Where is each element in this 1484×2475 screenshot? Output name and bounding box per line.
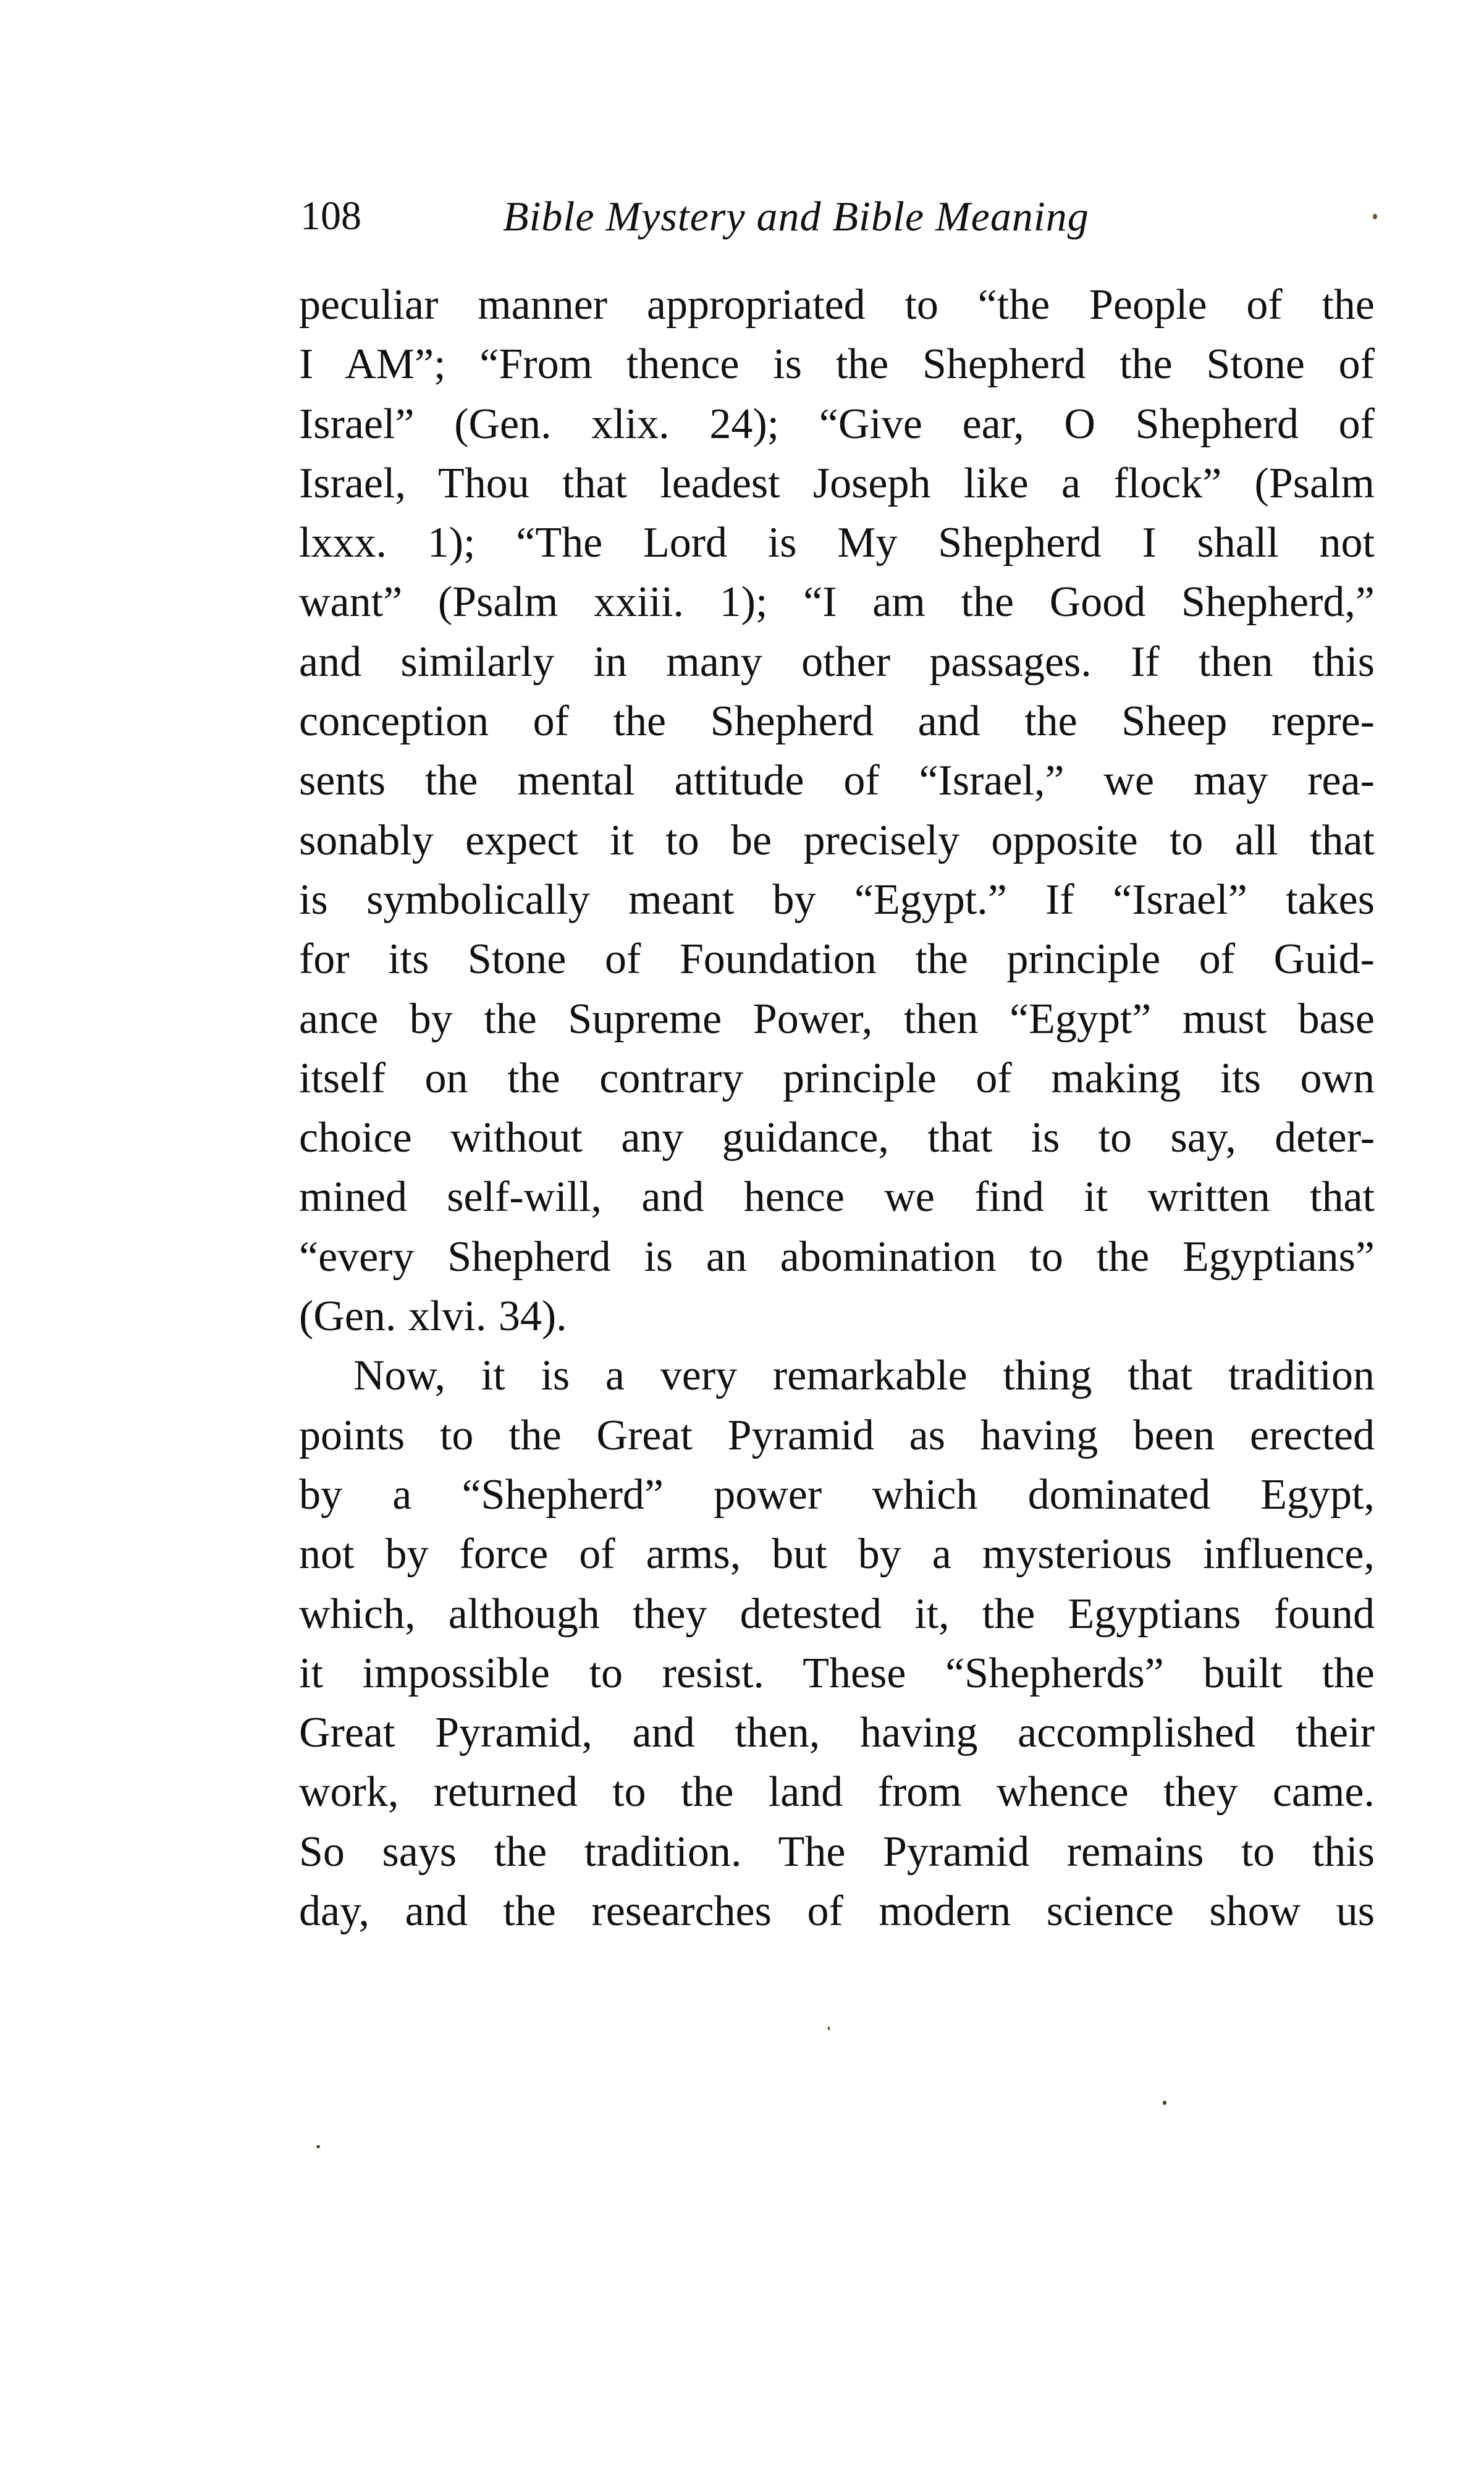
text-line: is symbolically meant by “Egypt.” If “Is… [299,871,1375,930]
running-title: Bible Mystery and Bible Meaning [503,185,1089,247]
text-line: points to the Great Pyramid as having be… [299,1406,1375,1465]
ink-speck [1163,2101,1166,2105]
text-line: it impossible to resist. These “Shepherd… [299,1644,1375,1703]
page-number: 108 [300,185,361,247]
text-line: not by force of arms, but by a mysteriou… [299,1525,1375,1584]
text-line: itself on the contrary principle of maki… [299,1049,1375,1108]
body-text: peculiar manner appropriated to “the Peo… [299,276,1375,1941]
book-page: 108 Bible Mystery and Bible Meaning pecu… [0,0,1484,2475]
text-line: sonably expect it to be precisely opposi… [299,811,1375,871]
text-line: Israel” (Gen. xlix. 24); “Give ear, O Sh… [299,395,1375,454]
text-line: want” (Psalm xxiii. 1); “I am the Good S… [299,573,1375,632]
running-head: 108 Bible Mystery and Bible Meaning [300,185,1375,247]
text-line: mined self-will, and hence we find it wr… [299,1168,1375,1227]
text-line: conception of the Shepherd and the Sheep… [299,692,1375,751]
text-line: choice without any guidance, that is to … [299,1108,1375,1168]
text-line: for its Stone of Foundation the principl… [299,930,1375,989]
text-line: sents the mental attitude of “Israel,” w… [299,751,1375,811]
text-line: day, and the researches of modern scienc… [299,1882,1375,1941]
text-line: by a “Shepherd” power which dominated Eg… [299,1465,1375,1525]
text-line: I AM”; “From thence is the Shepherd the … [299,335,1375,394]
text-line: ance by the Supreme Power, then “Egypt” … [299,990,1375,1049]
text-line: and similarly in many other passages. If… [299,633,1375,692]
text-line: lxxx. 1); “The Lord is My Shepherd I sha… [299,513,1375,573]
text-line: Israel, Thou that leadest Joseph like a … [299,454,1375,513]
paragraph-end-line: (Gen. xlvi. 34). [299,1287,1375,1346]
ink-speck [316,2145,320,2148]
paragraph-start-line: Now, it is a very remarkable thing that … [299,1346,1375,1406]
text-line: So says the tradition. The Pyramid remai… [299,1823,1375,1882]
text-line: work, returned to the land from whence t… [299,1763,1375,1822]
text-line: peculiar manner appropriated to “the Peo… [299,276,1375,335]
ink-speck [1373,214,1377,219]
text-line: “every Shepherd is an abomination to the… [299,1228,1375,1287]
text-line: Great Pyramid, and then, having accompli… [299,1703,1375,1763]
text-line: which, although they detested it, the Eg… [299,1585,1375,1644]
ink-speck [828,2026,830,2030]
